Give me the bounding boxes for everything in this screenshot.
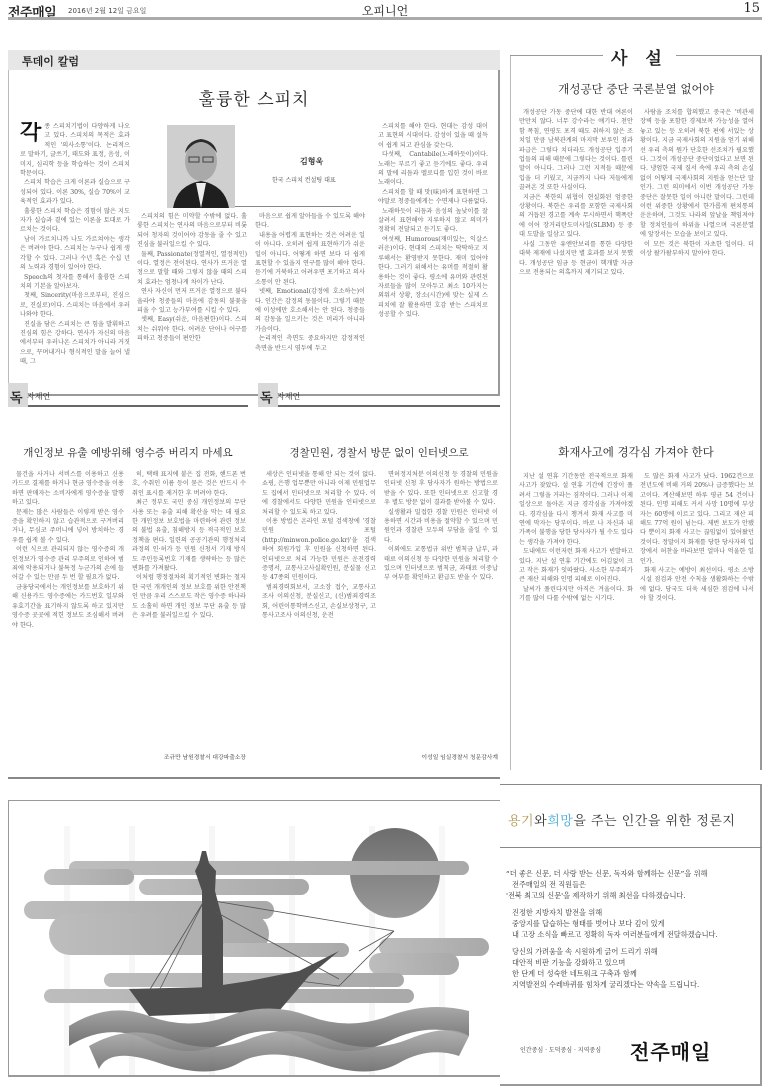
reader-section-2-header: 독 자제언: [258, 383, 500, 407]
pledge-text: “더 좋은 신문, 더 사랑 받는 신문, 독자와 함께하는 신문”을 위해 전…: [506, 868, 760, 990]
today-column-col-4: 스피치를 해야 한다. 현대는 감성 대이고 표현의 시대이다. 감성이 있을 …: [378, 122, 488, 388]
editorial-2-col-1: 지난 설 연휴 기간동안 전국적으로 화재 사고가 잦았다. 설 연휴 기간에 …: [519, 472, 633, 767]
reader-1-title: 개인정보 유출 예방위해 영수증 버리지 마세요: [8, 445, 248, 460]
reader-1-col-2: 히, 택배 표지에 붙은 집 전화, 핸드폰 번호, 수취인 이름 등이 묻은 …: [132, 470, 246, 740]
header-rule: [8, 17, 762, 20]
today-column-col-2: 스피치의 힘은 미약할 수밖에 없다. 훌륭한 스피치는 연사의 마음으로부터 …: [137, 212, 247, 388]
editorial-2-col-2: 도 많은 화재 사고가 났다. 1962건으로 전년도에 비해 거의 20%나 …: [640, 472, 754, 767]
today-column-title: 훌륭한 스피치: [8, 85, 500, 110]
author-name: 김형욱: [300, 156, 323, 167]
reader-2-col-2: 면허정지처분 이의신청 등 경찰의 민원을 인터넷 신청 후 당사자가 원하는 …: [384, 470, 498, 740]
editorial-label: 사 설: [603, 44, 676, 69]
editorial-title-1: 개성공단 중단 국론분열 없어야: [510, 81, 762, 97]
slogan: 용기와희망을 주는 인간을 위한 정론지: [500, 810, 762, 829]
illustration-box: [8, 800, 500, 1077]
reader-2-title: 경찰민원, 경찰서 방문 없이 인터넷으로: [258, 445, 500, 460]
today-column-header: 투데이 칼럼: [8, 50, 500, 70]
footer-logo: 전주매일: [630, 1036, 711, 1065]
author-photo: [167, 125, 235, 208]
editorial-1-col-1: 개성공단 가동 중단에 대한 반대 여론이 만만치 않다. 너무 강수라는 얘기…: [519, 108, 633, 430]
page-number: 15: [743, 1, 760, 16]
section-divider: [8, 777, 500, 779]
footer-tagline: 인간중심 · 도덕중심 · 지역중심: [520, 1045, 601, 1054]
slogan-rule: [500, 847, 762, 848]
author-title: 한국 스피치 컨설팅 대표: [272, 175, 336, 184]
sailing-ship-illustration: [9, 801, 501, 1076]
editorial-1-col-2: 사람을 조치를 합의했고 중국은 '비관세 장벽 등을 포함한 경제보복 가능성…: [640, 108, 754, 430]
today-column-label: 투데이 칼럼: [22, 53, 79, 69]
editorial-title-2: 화재사고에 경각심 가져야 한다: [510, 444, 762, 460]
today-column-col-3: 마음으로 쉽게 알아들을 수 있도록 해야 한다. 내용을 어렵게 표현하는 것…: [255, 212, 365, 388]
author-portrait-icon: [167, 125, 235, 208]
reader-1-byline: 조규만 남원경찰서 대강파출소장: [132, 752, 246, 761]
reader-2-col-1: 세상은 인터넷을 통해 안 되는 것이 없다. 쇼핑, 은행 업무뿐만 아니라 …: [262, 470, 376, 762]
today-column-col-1: 각 종 스피치기법이 다양하게 나오고 있다. 스피치의 목적은 효과적인 '의…: [20, 122, 130, 388]
dropcap: 각: [20, 122, 41, 142]
reader-1-col-1: 물건을 사거나 서비스를 이용하고 신용카드로 결제를 하거나 현금 영수증을 …: [12, 470, 124, 762]
reader-2-byline: 이성일 임실경찰서 청문감사계: [384, 752, 498, 761]
reader-section-1-header: 독 자제언: [8, 383, 248, 407]
author-rule: [235, 206, 351, 207]
